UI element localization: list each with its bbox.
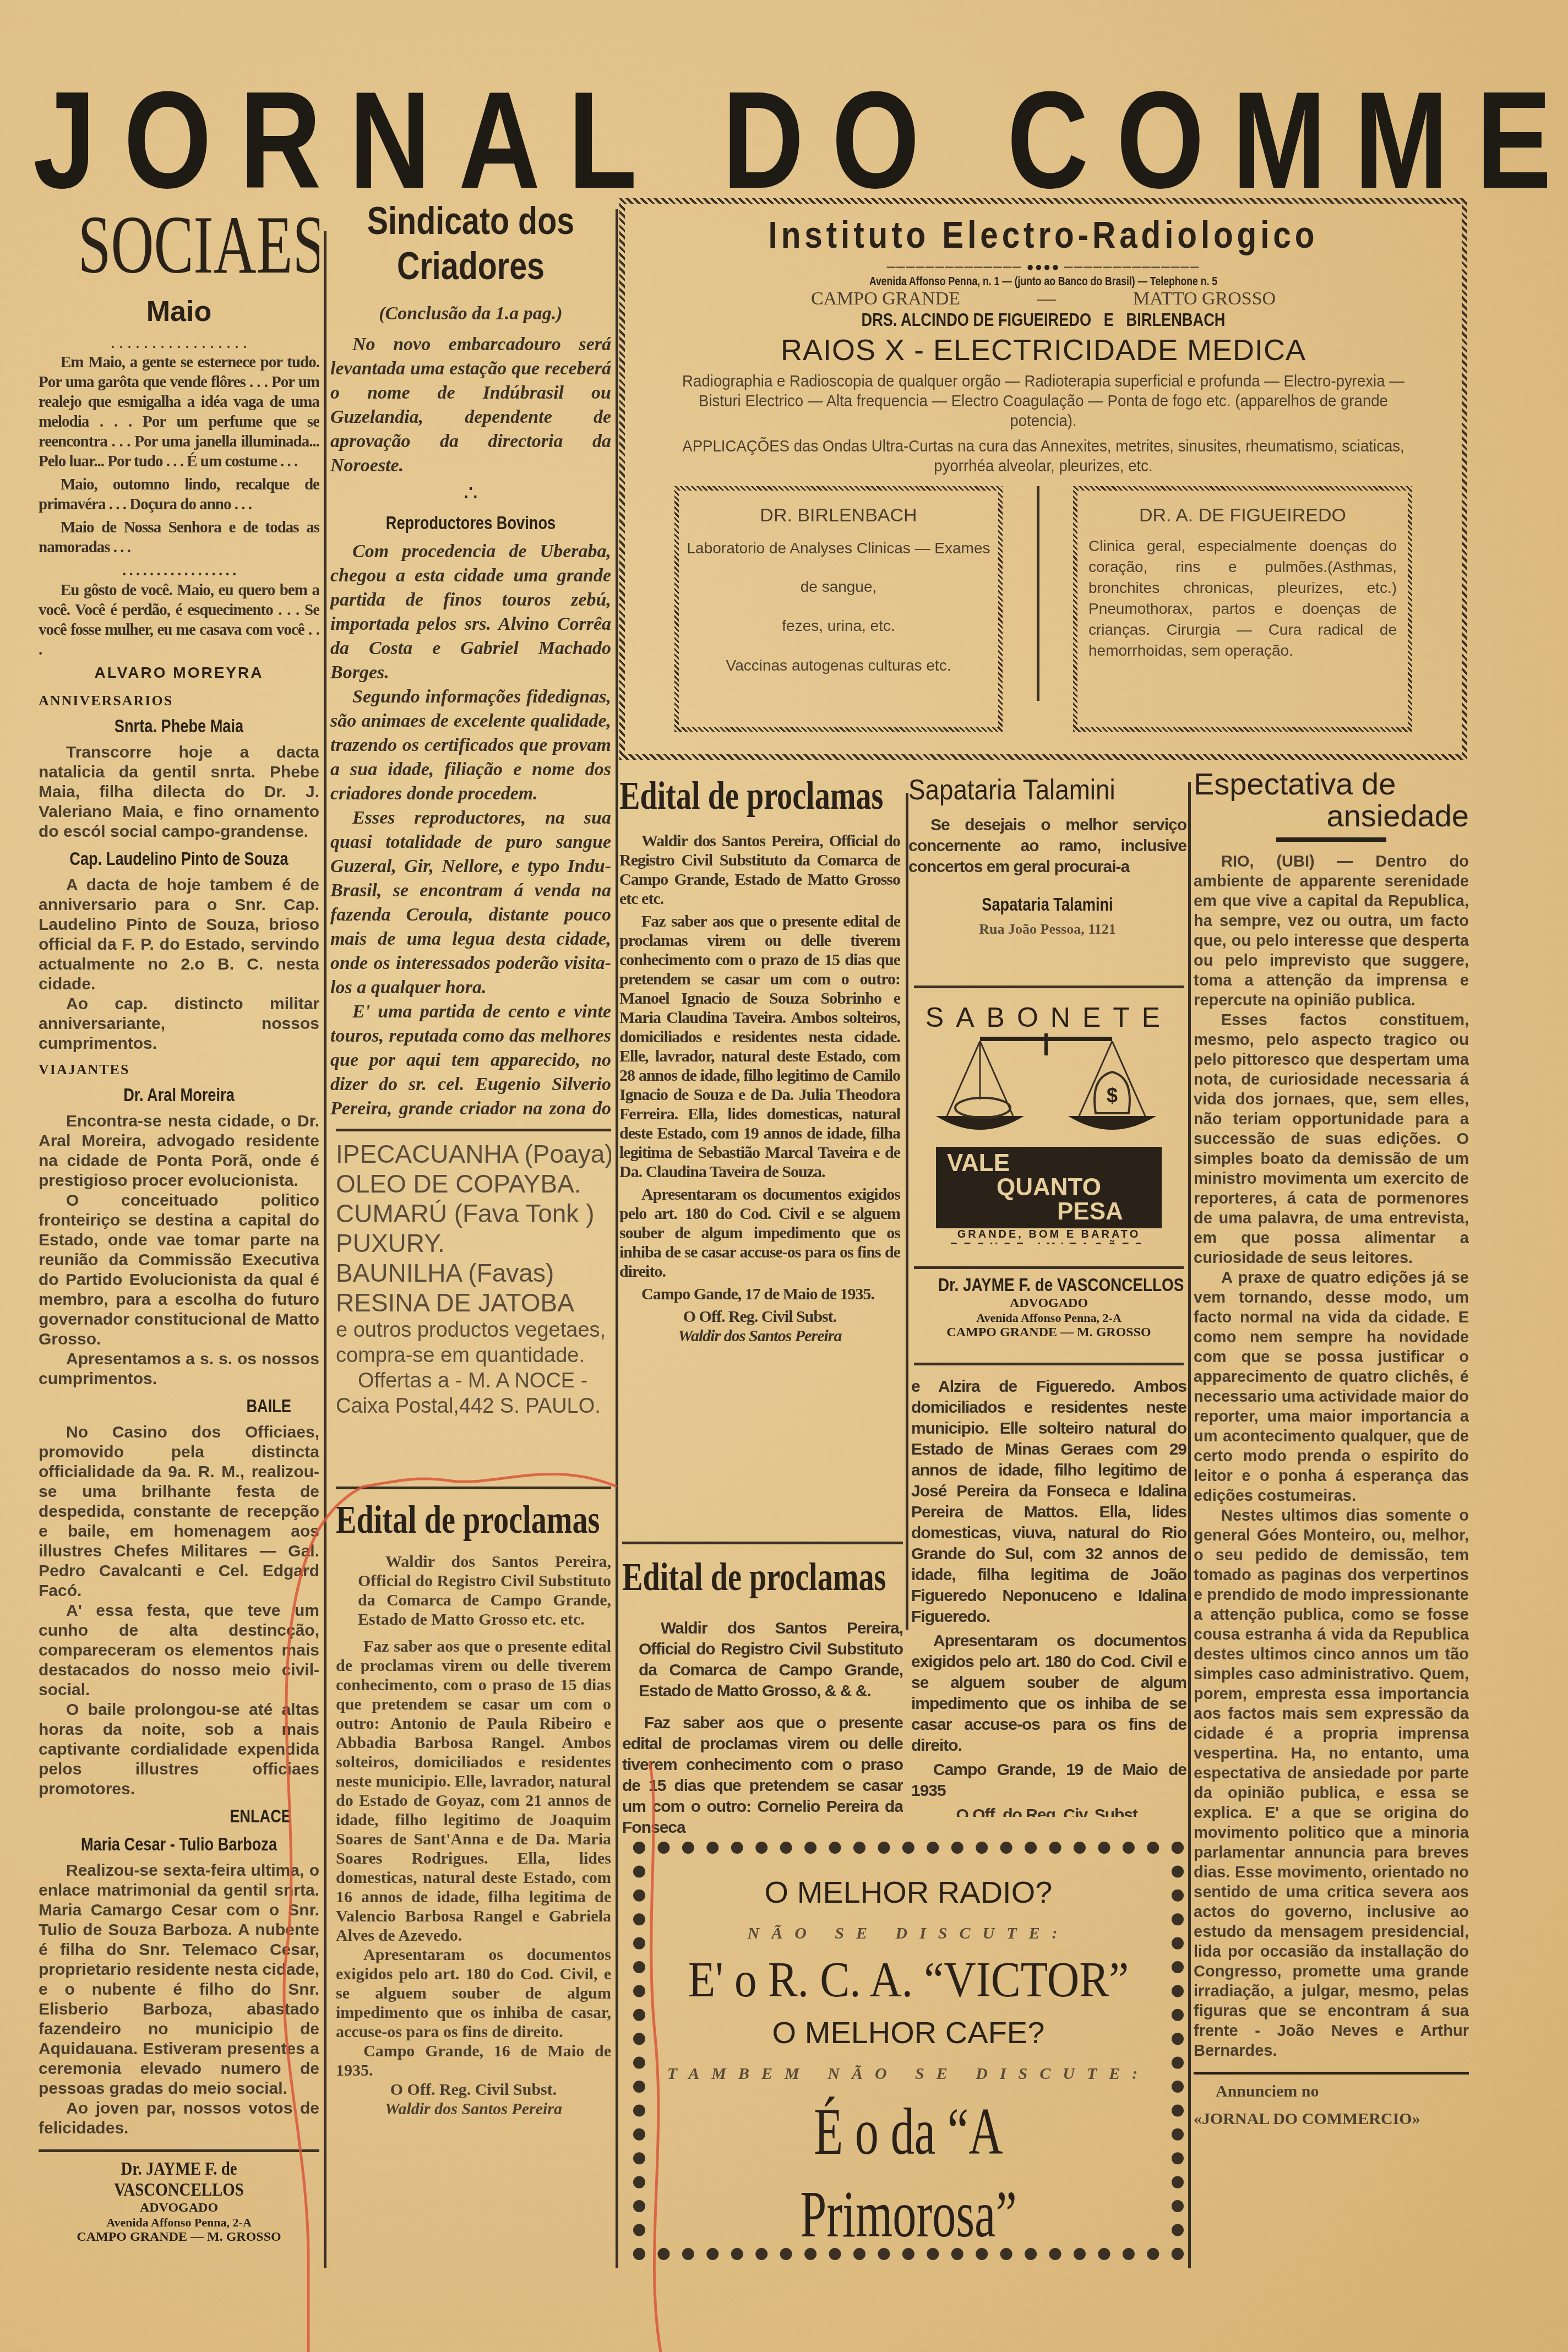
column-rule bbox=[616, 209, 618, 2268]
espectativa-title: Espectativa de ansiedade bbox=[1194, 768, 1469, 832]
product-line: IPECACUANHA (Poaya) bbox=[336, 1139, 611, 1169]
svg-text:$: $ bbox=[1107, 1084, 1118, 1107]
lawyer-address: Avenida Affonso Penna, 2-A bbox=[39, 2215, 319, 2230]
edital-title: Edital de proclamas bbox=[619, 771, 839, 820]
article-paragraph: E' uma partida de cento e vinte touros, … bbox=[330, 1000, 611, 1123]
article-paragraph: Com procedencia de Uberaba, chegou a est… bbox=[330, 540, 611, 685]
soap-icon bbox=[955, 1098, 1010, 1118]
sindicato-title-line: Criadores bbox=[356, 243, 586, 288]
product-line: PUXURY. bbox=[336, 1228, 611, 1258]
sapataria-name: Sapataria Talamini bbox=[937, 894, 1159, 916]
box-text: Clinica geral, especialmente doenças do … bbox=[1088, 536, 1397, 661]
espectativa-column: Espectativa de ansiedade RIO, (UBI) — De… bbox=[1194, 768, 1469, 2255]
divider-dots: . . . . . . . . . . . . . . . . . bbox=[39, 560, 319, 580]
edital-paragraph: Campo Gande, 17 de Maio de 1935. bbox=[619, 1284, 900, 1304]
sub-heading: Reproductores Bovinos bbox=[358, 513, 583, 534]
figueiredo-box: DR. A. DE FIGUEIREDO Clinica geral, espe… bbox=[1073, 486, 1412, 732]
article-paragraph: Nestes ultimos dias somente o general Gó… bbox=[1194, 1506, 1469, 2061]
ad-answer-prefix: NÃO SE DISCUTE: bbox=[645, 1914, 1172, 1953]
lawyer-city: CAMPO GRANDE — M. GROSSO bbox=[39, 2230, 319, 2245]
sabonete-title: SABONETE bbox=[914, 1001, 1184, 1033]
article-paragraph: A praxe de quatro edições já se vem torn… bbox=[1194, 1268, 1469, 1506]
product-line: OLEO DE COPAYBA. bbox=[336, 1169, 611, 1199]
divider-asterism: ∴ bbox=[330, 480, 611, 506]
sociaes-subtitle: Maio bbox=[39, 295, 319, 328]
institute-address: Avenida Affonso Penna, n. 1 — (junto ao … bbox=[722, 274, 1365, 288]
edital-paragraph: Waldir dos Santos Pereira, Official do R… bbox=[619, 831, 900, 908]
footer-line: «JORNAL DO COMMERCIO» bbox=[1194, 2110, 1469, 2128]
masthead: JORNAL DO COMMERCIO bbox=[33, 77, 1261, 204]
footer-line: Annunciem no bbox=[1194, 2082, 1469, 2101]
product-line: CUMARÚ (Fava Tonk ) bbox=[336, 1199, 611, 1228]
edital-sign: O Off. Reg. Civil Subst. bbox=[336, 2080, 611, 2099]
banner-line: PESA bbox=[947, 1200, 1151, 1224]
item-text: O conceituado politico fronteiriço se de… bbox=[39, 1191, 319, 1349]
section-label-viajantes: VIAJANTES bbox=[39, 1061, 319, 1078]
institute-applications: APPLICAÇÕES das Ondas Ultra-Curtas na cu… bbox=[673, 437, 1413, 476]
box-line: fezes, urina, etc. bbox=[684, 606, 993, 646]
box-line: Vaccinas autogenas culturas etc. bbox=[684, 646, 993, 685]
sapataria-text: Se desejais o melhor serviço concernente… bbox=[908, 815, 1186, 878]
edital-paragraph: e Alzira de Figueredo. Ambos domiciliado… bbox=[911, 1376, 1186, 1627]
sabonete-tagline: RECUSE IMITAÇÕES bbox=[914, 1241, 1184, 1244]
box-title: DR. A. DE FIGUEIREDO bbox=[1088, 502, 1397, 529]
article-paragraph: RIO, (UBI) — Dentro do ambiente de appar… bbox=[1194, 852, 1469, 1010]
item-text: Realizou-se sexta-feira ultima, o enlace… bbox=[39, 1861, 319, 2099]
lawyer-city: CAMPO GRANDE — M. GROSSO bbox=[914, 1325, 1184, 1340]
banner-line: QUANTO bbox=[947, 1175, 1151, 1200]
sindicato-title: Sindicato dos Criadores bbox=[356, 198, 586, 288]
sapataria-ad: Sapataria Talamini Se desejais o melhor … bbox=[908, 771, 1186, 1013]
ad-answer: É o da “A Primorosa” bbox=[719, 2090, 1098, 2256]
lawyer-role: ADVOGADO bbox=[39, 2201, 319, 2215]
product-line: BAUNILHA (Favas) bbox=[336, 1258, 611, 1288]
edital-signer: Waldir dos Santos Pereira bbox=[619, 1326, 900, 1346]
sindicato-title-line: Sindicato dos bbox=[356, 198, 586, 243]
sindicato-column: Sindicato dos Criadores (Conclusão da 1.… bbox=[330, 198, 611, 1123]
item-heading: Maria Cesar - Tulio Barboza bbox=[67, 1834, 291, 1855]
article-paragraph: No novo embarcadouro será levantada uma … bbox=[330, 333, 611, 478]
edital-paragraph: Faz saber aos que o presente edital de p… bbox=[619, 912, 900, 1182]
item-heading: Cap. Laudelino Pinto de Souza bbox=[67, 848, 291, 870]
continuation-note: (Conclusão da 1.a pag.) bbox=[330, 302, 611, 326]
sabonete-banner: VALE QUANTO PESA bbox=[936, 1147, 1162, 1228]
footer-ad: Annunciem no «JORNAL DO COMMERCIO» bbox=[1194, 2072, 1469, 2128]
section-label-baile: BAILE bbox=[67, 1396, 291, 1417]
sabonete-ad: SABONETE $ VALE QUANTO PESA GRANDE, BOM … bbox=[914, 986, 1184, 1244]
ad-question: O MELHOR RADIO? bbox=[645, 1870, 1172, 1914]
divider-dots: . . . . . . . . . . . . . . . . . bbox=[39, 334, 319, 352]
product-line: RESINA DE JATOBA bbox=[336, 1288, 611, 1317]
edital-paragraph: Campo Grande, 16 de Maio de 1935. bbox=[336, 2041, 611, 2080]
box-line: Laboratorio de Analyses Clinicas — Exame… bbox=[684, 529, 993, 606]
city-dash: — bbox=[1037, 288, 1056, 309]
poem-author: ALVARO MOREYRA bbox=[39, 664, 319, 682]
lawyer-address: Avenida Affonso Penna, 2-A bbox=[914, 1311, 1184, 1325]
item-text: Transcorre hoje a dacta natalicia da gen… bbox=[39, 743, 319, 842]
sociaes-column: SOCIAES Maio . . . . . . . . . . . . . .… bbox=[39, 198, 319, 2290]
item-text: Ao joven par, nossos votos de felicidade… bbox=[39, 2099, 319, 2138]
lawyer-name: Dr. JAYME F. de VASCONCELLOS bbox=[59, 2159, 298, 2201]
edital-paragraph: Apresentaram os documentos exigidos pelo… bbox=[619, 1185, 900, 1281]
poem-paragraph: Em Maio, a gente se esternece por tudo. … bbox=[39, 352, 319, 471]
edital-2: Edital de proclamas Waldir dos Santos Pe… bbox=[619, 771, 900, 1542]
lawyer-ad: Dr. JAYME F. de VASCONCELLOS ADVOGADO Av… bbox=[39, 2149, 319, 2245]
sabonete-tagline: GRANDE, BOM E BARATO bbox=[914, 1228, 1184, 1241]
box-divider bbox=[1037, 486, 1039, 701]
birlenbach-box: DR. BIRLENBACH Laboratorio de Analyses C… bbox=[674, 486, 1003, 732]
title-underline bbox=[1276, 837, 1386, 842]
radio-cafe-ad: O MELHOR RADIO? NÃO SE DISCUTE: E' o R. … bbox=[633, 1842, 1184, 2260]
product-text: e outros productos vegetaes, compra-se e… bbox=[336, 1317, 611, 1368]
item-text: Apresentamos a s. s. os nossos cumprimen… bbox=[39, 1349, 319, 1389]
edital-paragraph: Faz saber aos que o presente edital de p… bbox=[622, 1713, 903, 1838]
edital-3-continuation: e Alzira de Figueredo. Ambos domiciliado… bbox=[911, 1376, 1186, 1817]
box-title: DR. BIRLENBACH bbox=[684, 502, 993, 529]
ad-answer-prefix: TAMBEM NÃO SE DISCUTE: bbox=[645, 2057, 1172, 2090]
ipeca-ad: IPECACUANHA (Poaya) OLEO DE COPAYBA. CUM… bbox=[336, 1129, 611, 1487]
article-paragraph: Esses reproductores, na sua quasi totali… bbox=[330, 806, 611, 1000]
item-heading: Snrta. Phebe Maia bbox=[67, 716, 291, 737]
edital-paragraph: Campo Grande, 19 de Maio de 1935 bbox=[911, 1760, 1186, 1801]
edital-paragraph: Waldir dos Santos Pereira, Official do R… bbox=[336, 1552, 611, 1629]
poem-paragraph: Maio, outomno lindo, recalque de primavé… bbox=[39, 475, 319, 514]
article-paragraph: Segundo informações fidedignas, são anim… bbox=[330, 685, 611, 806]
lawyer-role: ADVOGADO bbox=[914, 1296, 1184, 1311]
ad-question: O MELHOR CAFE? bbox=[645, 2008, 1172, 2057]
item-text: A' essa festa, que teve um cunho de alta… bbox=[39, 1601, 319, 1700]
lawyer-name: Dr. JAYME F. de VASCONCELLOS bbox=[938, 1275, 1159, 1296]
city-right: MATTO GROSSO bbox=[1133, 288, 1276, 309]
edital-title: Edital de proclamas bbox=[336, 1495, 551, 1544]
poem: Em Maio, a gente se esternece por tudo. … bbox=[39, 352, 319, 660]
institute-city: CAMPO GRANDE — MATTO GROSSO bbox=[641, 288, 1445, 309]
institute-headline: RAIOS X - ELECTRICIDADE MEDICA bbox=[641, 331, 1445, 369]
institute-services: Radiographia e Radioscopia de qualquer o… bbox=[673, 372, 1413, 431]
item-text: Ao cap. distincto militar anniversariant… bbox=[39, 994, 319, 1054]
edital-1: Edital de proclamas Waldir dos Santos Pe… bbox=[336, 1487, 611, 2257]
sapataria-address: Rua João Pessoa, 1121 bbox=[908, 921, 1186, 938]
edital-title: Edital de proclamas bbox=[622, 1552, 841, 1602]
edital-paragraph: Apresentaram os documentos exigidos pelo… bbox=[911, 1631, 1186, 1756]
item-heading: Dr. Aral Moreira bbox=[67, 1085, 291, 1106]
institute-ad: Instituto Electro-Radiologico ──────────… bbox=[619, 198, 1467, 760]
divider-ornament: ────────────── ●●●● ────────────── bbox=[641, 260, 1445, 274]
banner-line: VALE bbox=[947, 1151, 1151, 1175]
section-label-anniversarios: ANNIVERSARIOS bbox=[39, 693, 319, 709]
title-line: Espectativa de bbox=[1194, 768, 1469, 800]
edital-sign: O Off. do Reg. Civ. Subst. bbox=[911, 1805, 1186, 1817]
edital-paragraph: Apresentaram os documentos exigidos pelo… bbox=[336, 1945, 611, 2041]
column-rule bbox=[324, 231, 326, 2268]
title-line: ansiedade bbox=[1194, 800, 1469, 832]
product-offer: Offertas a - M. A NOCE - Caixa Postal,44… bbox=[336, 1368, 611, 1419]
edital-paragraph: Waldir dos Santos Pereira, Official do R… bbox=[622, 1618, 903, 1702]
item-text: No Casino dos Officiaes, promovido pela … bbox=[39, 1423, 319, 1601]
edital-3: Edital de proclamas Waldir dos Santos Pe… bbox=[622, 1542, 903, 1839]
item-text: O baile prolongou-se até altas horas da … bbox=[39, 1700, 319, 1799]
ad-answer: E' o R. C. A. “VICTOR” bbox=[672, 1953, 1145, 2008]
poem-paragraph: Eu gôsto de você. Maio, eu quero bem a v… bbox=[39, 580, 319, 660]
item-text: A dacta de hoje tambem é de anniversario… bbox=[39, 875, 319, 994]
scale-icon: $ bbox=[914, 1033, 1178, 1144]
institute-doctors: DRS. ALCINDO DE FIGUEIREDO E BIRLENBACH bbox=[722, 309, 1365, 331]
sociaes-title: SOCIAES bbox=[78, 198, 280, 292]
city-left: CAMPO GRANDE bbox=[811, 288, 960, 309]
section-label-enlace: ENLACE bbox=[67, 1806, 291, 1827]
edital-paragraph: Faz saber aos que o presente edital de p… bbox=[336, 1637, 611, 1945]
institute-title: Instituto Electro-Radiologico bbox=[698, 210, 1389, 260]
article-paragraph: Esses factos constituem, mesmo, pelo asp… bbox=[1194, 1010, 1469, 1268]
sapataria-title: Sapataria Talamini bbox=[908, 771, 1153, 809]
column-rule bbox=[1188, 782, 1191, 2268]
item-text: Encontra-se nesta cidade, o Dr. Aral Mor… bbox=[39, 1112, 319, 1191]
edital-sign: O Off. Reg. Civil Subst. bbox=[619, 1307, 900, 1326]
lawyer-ad: Dr. JAYME F. de VASCONCELLOS ADVOGADO Av… bbox=[914, 1266, 1184, 1365]
poem-paragraph: Maio de Nossa Senhora e de todas as namo… bbox=[39, 518, 319, 557]
edital-signer: Waldir dos Santos Pereira bbox=[336, 2099, 611, 2119]
